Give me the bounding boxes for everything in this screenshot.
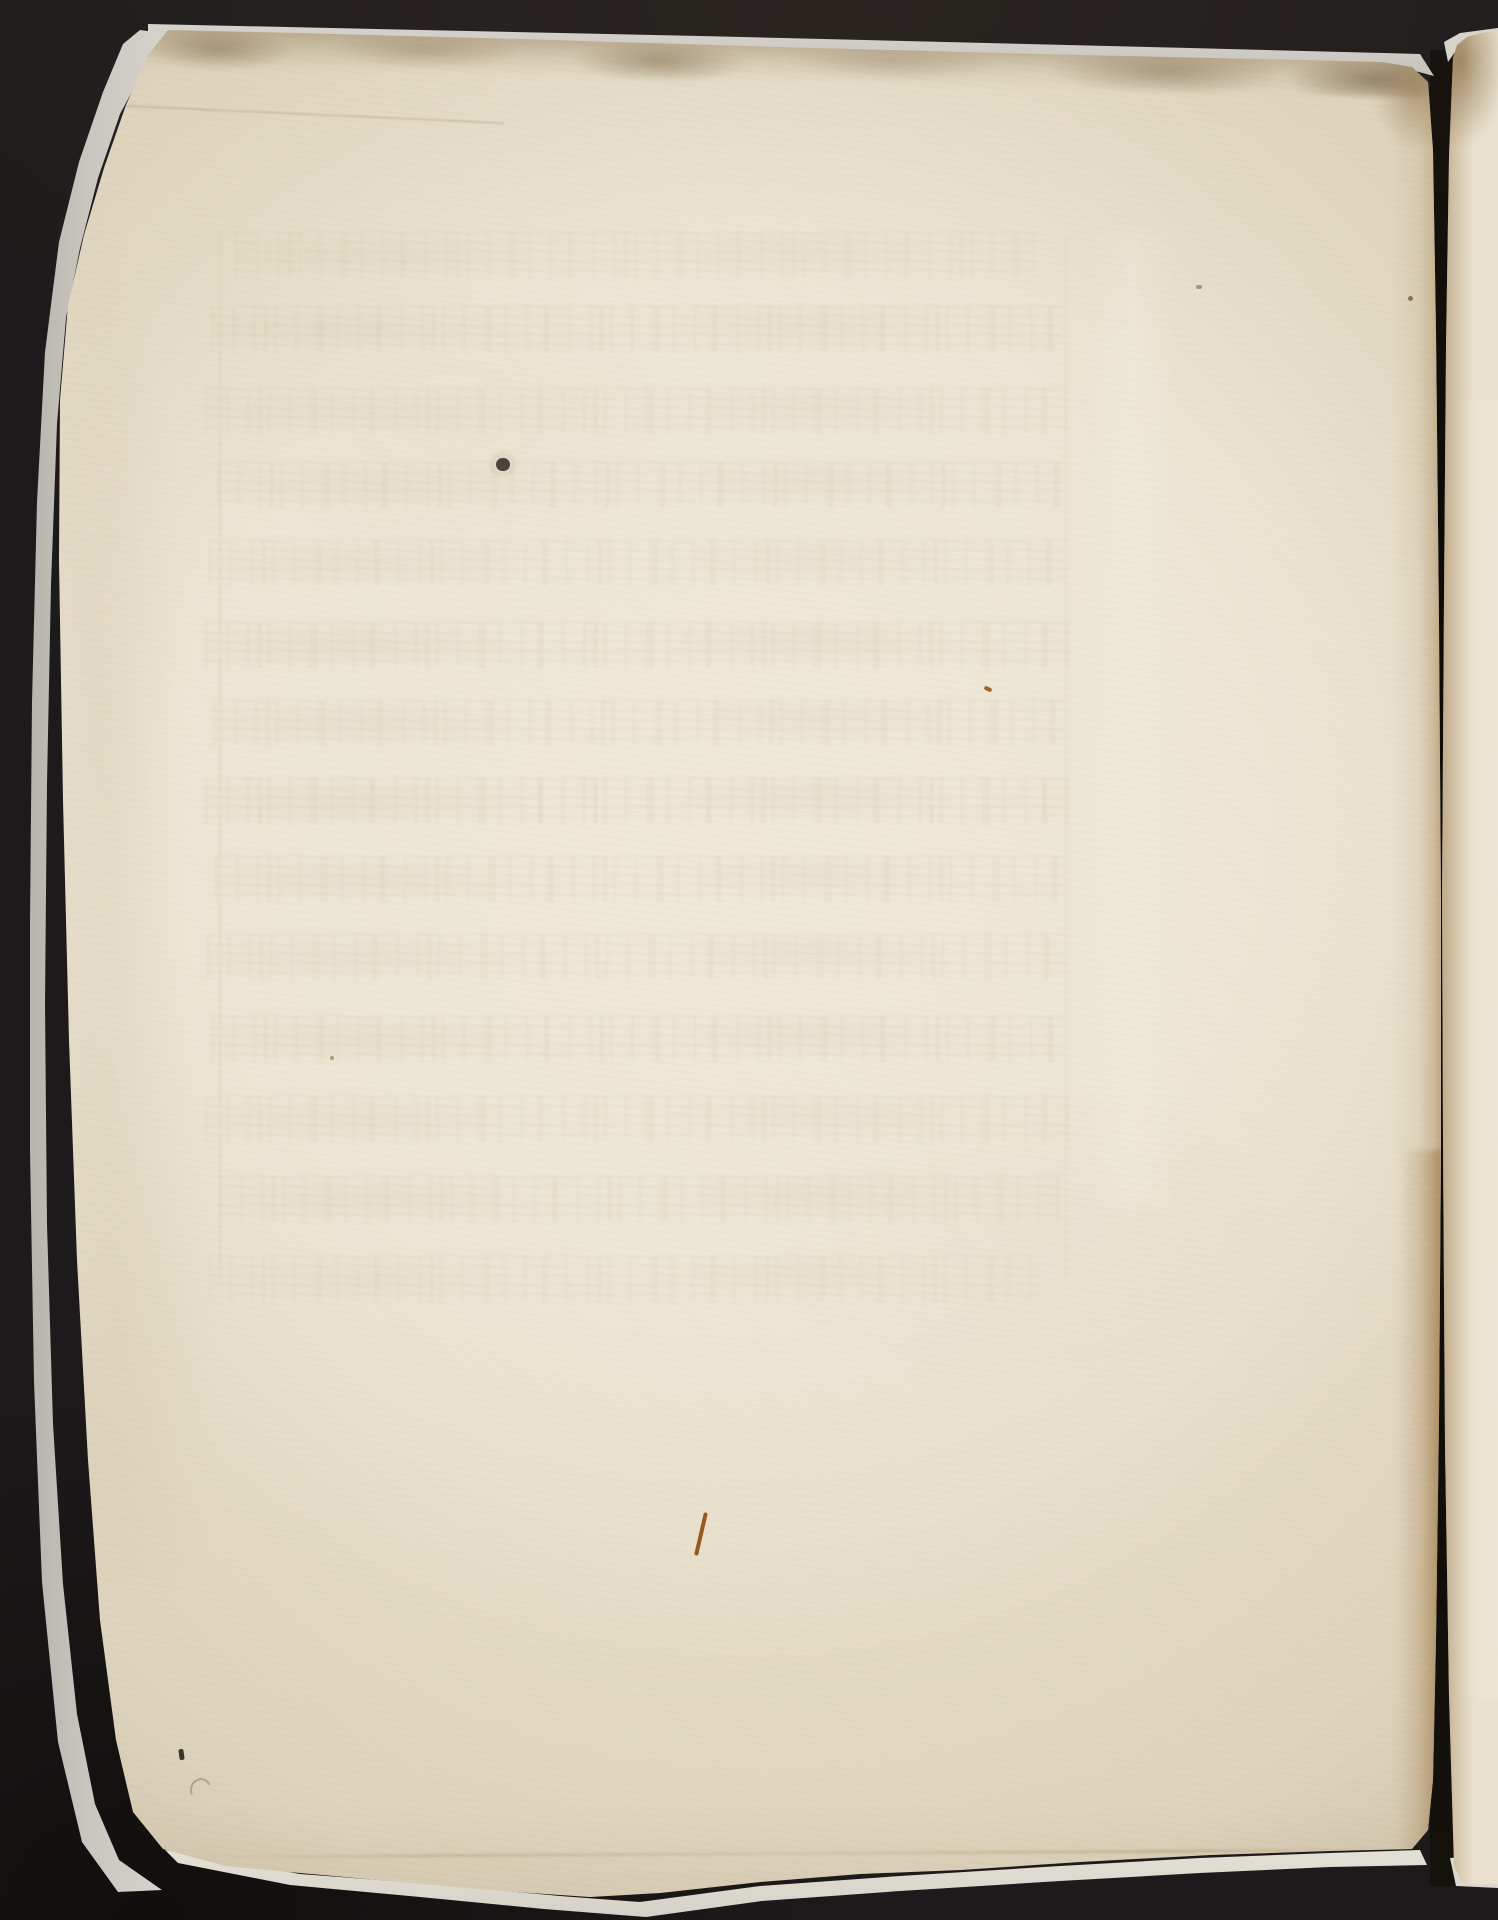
hair-curl-mark xyxy=(187,1775,215,1804)
top-speck-mark xyxy=(1196,285,1202,289)
brown-speck-mark xyxy=(1408,296,1413,301)
tiny-speck-mark xyxy=(330,1056,334,1060)
blank-verso-page xyxy=(0,0,1498,1920)
rust-speck-mark xyxy=(984,685,993,692)
dark-speck-mark xyxy=(178,1749,184,1761)
facing-page-sheen xyxy=(1455,400,1498,1700)
paper-marks xyxy=(0,0,1498,1920)
rust-fiber-mark xyxy=(694,1512,708,1556)
ink-blot-mark xyxy=(496,458,510,471)
photo-of-open-music-volume xyxy=(0,0,1498,1920)
